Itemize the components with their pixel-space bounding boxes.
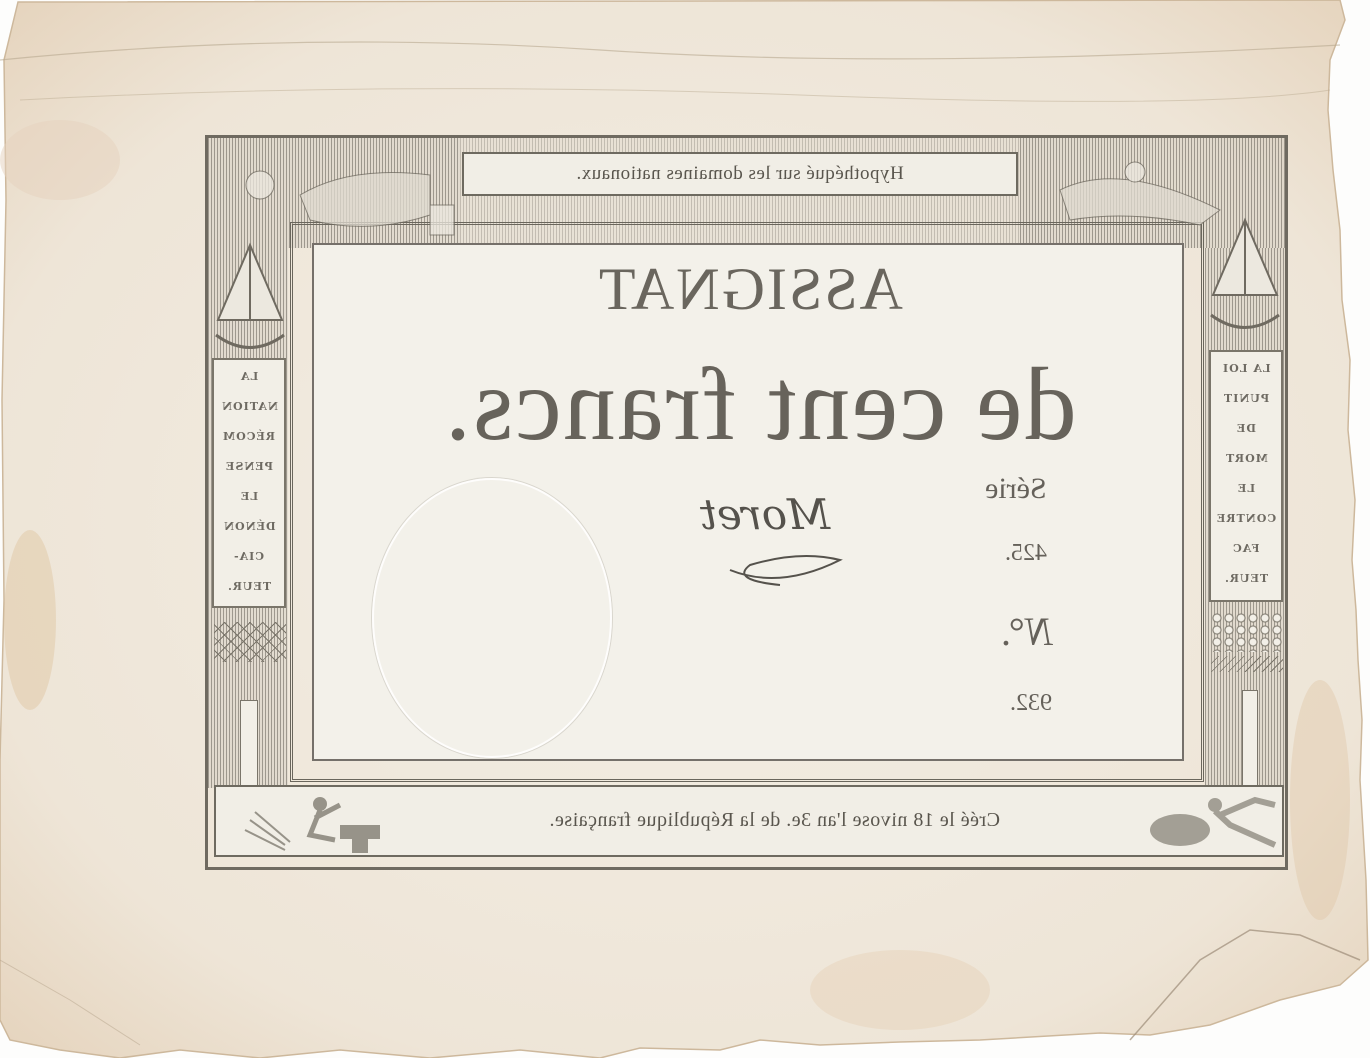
title-denomination: de cent francs. bbox=[330, 345, 1190, 464]
serie-number-text: 425. bbox=[1005, 540, 1047, 567]
left-lattice-ornament bbox=[214, 622, 286, 662]
left-pillar bbox=[240, 700, 258, 792]
title-line-2: de cent francs. bbox=[443, 345, 1076, 464]
signature: Moret bbox=[700, 490, 830, 539]
left-motto-text: LA NATION RÉCOM PENSE LE DÉNON CIA- TEUR… bbox=[212, 362, 286, 602]
left-motto-line: LE bbox=[240, 482, 258, 512]
left-pyramid-ornament-icon bbox=[210, 240, 290, 360]
bottom-banner: Créé le 18 nivose l'an 3e. de la Républi… bbox=[380, 800, 1170, 840]
left-motto-line: LA bbox=[240, 362, 258, 392]
signature-flourish-icon bbox=[720, 540, 850, 600]
right-motto-line: PUNIT bbox=[1223, 384, 1269, 414]
number-value: 932. bbox=[1010, 690, 1052, 717]
right-motto-line: FAC bbox=[1232, 534, 1259, 564]
hercules-lion-vignette-icon bbox=[1135, 785, 1285, 855]
right-motto-line: LE bbox=[1237, 474, 1255, 504]
right-motto-line: MORT bbox=[1225, 444, 1268, 474]
title-line-1: ASSIGNAT bbox=[597, 255, 903, 324]
right-motto-line: TEUR. bbox=[1224, 564, 1268, 594]
dry-seal-embossing bbox=[372, 478, 612, 758]
serie-label: Série bbox=[985, 472, 1047, 506]
signature-text: Moret bbox=[700, 490, 830, 539]
right-motto-line: DE bbox=[1236, 414, 1256, 444]
reclining-figure-left-icon bbox=[230, 145, 460, 245]
title-assignat: ASSIGNAT bbox=[530, 255, 970, 324]
right-motto-line: CONTRE bbox=[1216, 504, 1276, 534]
left-motto-line: CIA- bbox=[233, 542, 264, 572]
blacksmith-vignette-icon bbox=[240, 790, 390, 855]
bottom-banner-text: Créé le 18 nivose l'an 3e. de la Républi… bbox=[549, 809, 1000, 832]
right-pillar bbox=[1242, 690, 1258, 792]
right-motto-line: LA LOI bbox=[1222, 354, 1271, 384]
top-banner: Hypothéqué sur les domaines nationaux. bbox=[462, 152, 1018, 196]
number-label: N°. bbox=[1000, 608, 1053, 655]
number-label-text: N°. bbox=[1000, 608, 1053, 655]
serie-number: 425. bbox=[1005, 540, 1047, 567]
left-motto-line: RÉCOM bbox=[222, 422, 275, 452]
left-motto-line: DÉNON bbox=[223, 512, 276, 542]
left-motto-line: PENSE bbox=[225, 452, 273, 482]
top-banner-text: Hypothéqué sur les domaines nationaux. bbox=[576, 163, 904, 185]
number-value-text: 932. bbox=[1010, 690, 1052, 717]
reclining-figure-right-icon bbox=[1040, 150, 1240, 240]
left-motto-line: NATION bbox=[221, 392, 278, 422]
right-zigzag-ornament bbox=[1211, 656, 1283, 672]
right-motto-text: LA LOI PUNIT DE MORT LE CONTRE FAC TEUR. bbox=[1209, 354, 1283, 594]
right-rosette-ornament bbox=[1211, 612, 1283, 652]
left-motto-line: TEUR. bbox=[227, 572, 271, 602]
serie-label-text: Série bbox=[985, 472, 1047, 506]
